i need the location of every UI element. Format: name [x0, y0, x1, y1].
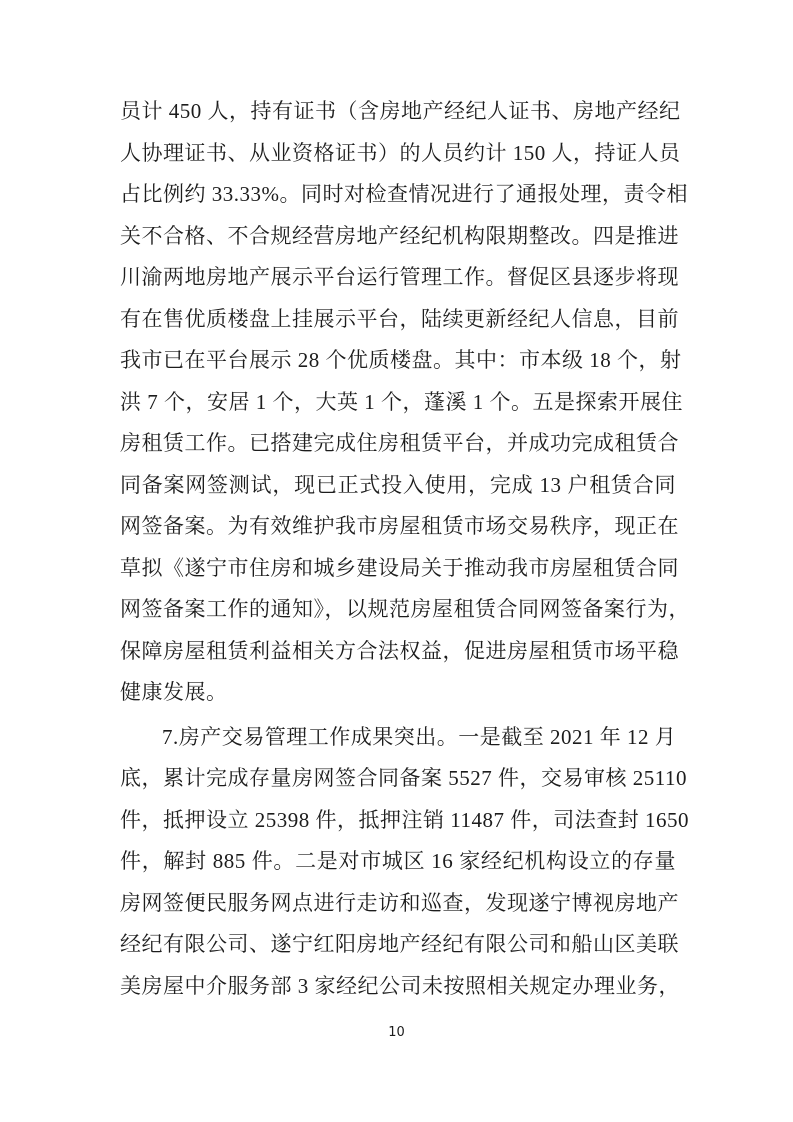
text-line: 有在售优质楼盘上挂展示平台，陆续更新经纪人信息，目前 [120, 299, 676, 341]
text-line: 同备案网签测试，现已正式投入使用，完成 13 户租赁合同 [120, 465, 676, 507]
page-number: 10 [0, 1024, 793, 1042]
text-line: 房网签便民服务网点进行走访和巡查，发现遂宁博视房地产 [120, 883, 676, 925]
document-body-text: 员计 450 人，持有证书（含房地产经纪人证书、房地产经纪 人协理证书、从业资格… [120, 91, 676, 1007]
text-line: 7.房产交易管理工作成果突出。一是截至 2021 年 12 月 [120, 717, 676, 759]
text-line: 底，累计完成存量房网签合同备案 5527 件，交易审核 25110 [120, 758, 676, 800]
text-line: 健康发展。 [120, 672, 676, 714]
text-line: 件，抵押设立 25398 件，抵押注销 11487 件，司法查封 1650 [120, 800, 676, 842]
text-line: 网签备案。为有效维护我市房屋租赁市场交易秩序，现正在 [120, 506, 676, 548]
text-line: 经纪有限公司、遂宁红阳房地产经纪有限公司和船山区美联 [120, 924, 676, 966]
text-line: 美房屋中介服务部 3 家经纪公司未按照相关规定办理业务， [120, 966, 676, 1008]
text-line: 关不合格、不合规经营房地产经纪机构限期整改。四是推进 [120, 216, 676, 258]
text-line: 房租赁工作。已搭建完成住房租赁平台，并成功完成租赁合 [120, 423, 676, 465]
text-line: 网签备案工作的通知》，以规范房屋租赁合同网签备案行为， [120, 589, 676, 631]
paragraph-continuation: 员计 450 人，持有证书（含房地产经纪人证书、房地产经纪 人协理证书、从业资格… [120, 91, 676, 714]
document-page: 员计 450 人，持有证书（含房地产经纪人证书、房地产经纪 人协理证书、从业资格… [0, 0, 793, 1122]
text-line: 保障房屋租赁利益相关方合法权益，促进房屋租赁市场平稳 [120, 631, 676, 673]
text-line: 件，解封 885 件。二是对市城区 16 家经纪机构设立的存量 [120, 841, 676, 883]
text-line: 川渝两地房地产展示平台运行管理工作。督促区县逐步将现 [120, 257, 676, 299]
text-line: 草拟《遂宁市住房和城乡建设局关于推动我市房屋租赁合同 [120, 548, 676, 590]
paragraph-item-7: 7.房产交易管理工作成果突出。一是截至 2021 年 12 月 底，累计完成存量… [120, 717, 676, 1008]
text-line: 洪 7 个，安居 1 个，大英 1 个，蓬溪 1 个。五是探索开展住 [120, 382, 676, 424]
text-line: 人协理证书、从业资格证书）的人员约计 150 人，持证人员 [120, 133, 676, 175]
text-line: 我市已在平台展示 28 个优质楼盘。其中：市本级 18 个，射 [120, 340, 676, 382]
text-line: 员计 450 人，持有证书（含房地产经纪人证书、房地产经纪 [120, 91, 676, 133]
text-line: 占比例约 33.33%。同时对检查情况进行了通报处理，责令相 [120, 174, 676, 216]
